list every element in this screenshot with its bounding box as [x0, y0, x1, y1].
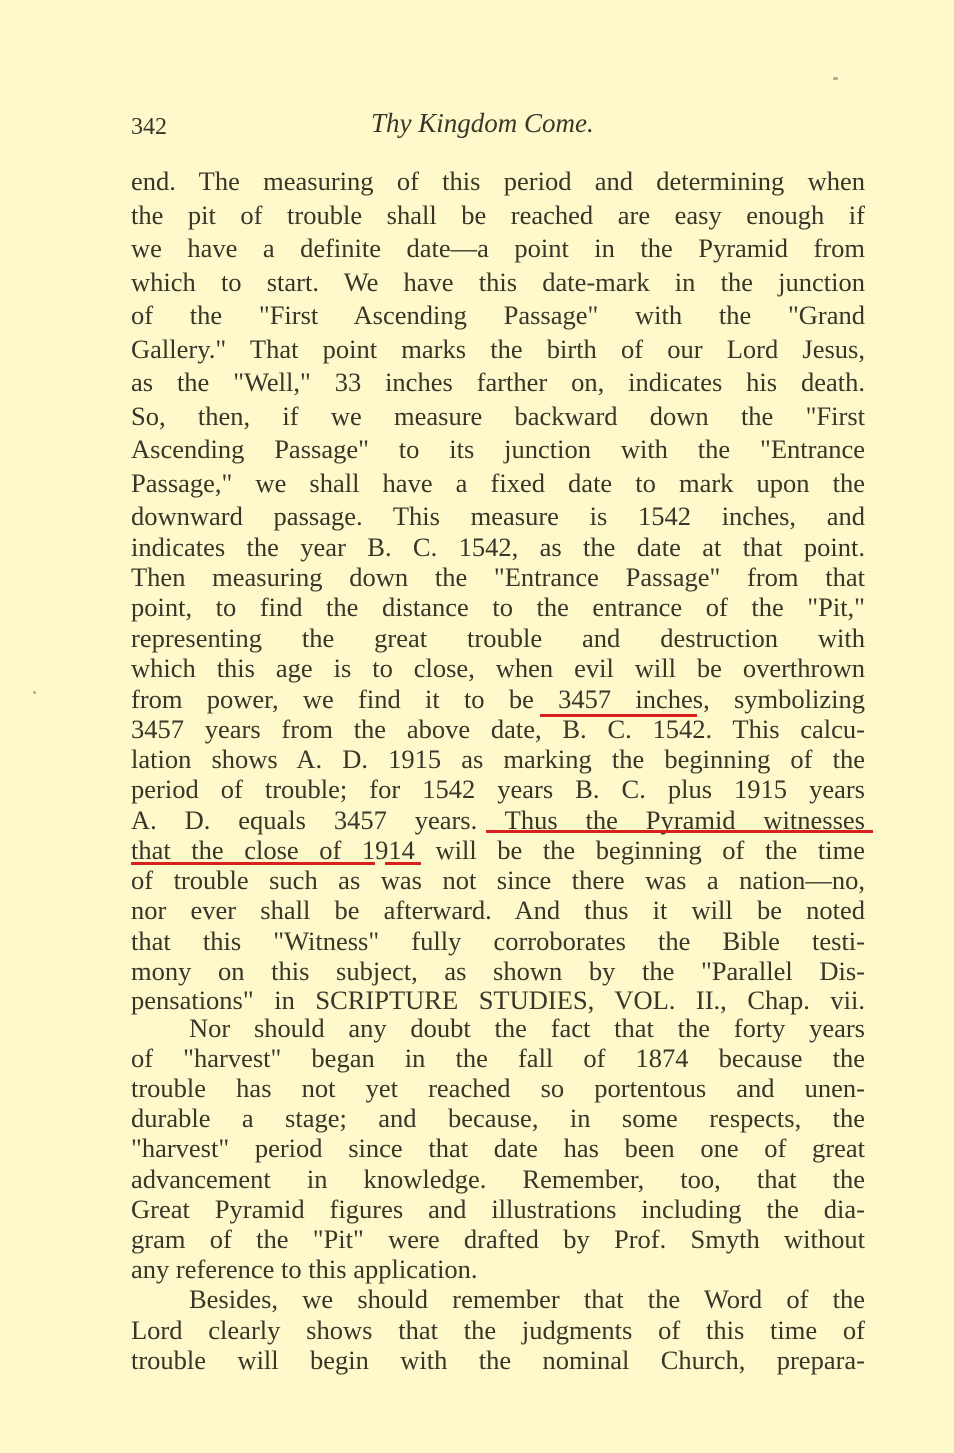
text-line: Nor should any doubt the fact that the f…	[131, 1013, 865, 1043]
text-line: trouble will begin with the nominal Chur…	[131, 1345, 865, 1375]
text-line: representing the great trouble and destr…	[131, 623, 865, 653]
page-speck	[833, 77, 838, 80]
text-line: Gallery." That point marks the birth of …	[131, 334, 865, 364]
text-line: of trouble such as was not since there w…	[131, 865, 865, 895]
text-line: point, to find the distance to the entra…	[131, 592, 865, 622]
text-line: 3457 years from the above date, B. C. 15…	[131, 714, 865, 744]
text-line: end. The measuring of this period and de…	[131, 166, 865, 196]
text-line: as the "Well," 33 inches farther on, ind…	[131, 367, 865, 397]
text-line: So, then, if we measure backward down th…	[131, 401, 865, 431]
text-line: downward passage. This measure is 1542 i…	[131, 501, 865, 531]
page-speck	[33, 691, 36, 694]
text-line: Ascending Passage" to its junction with …	[131, 434, 865, 464]
underline-annotation	[540, 714, 697, 717]
text-line: of the "First Ascending Passage" with th…	[131, 300, 865, 330]
text-line: lation shows A. D. 1915 as marking the b…	[131, 744, 865, 774]
text-line: Lord clearly shows that the judgments of…	[131, 1315, 865, 1345]
text-line: indicates the year B. C. 1542, as the da…	[131, 532, 865, 562]
running-title: Thy Kingdom Come.	[371, 108, 594, 139]
text-line: period of trouble; for 1542 years B. C. …	[131, 774, 865, 804]
underline-annotation	[131, 862, 375, 865]
text-line: advancement in knowledge. Remember, too,…	[131, 1164, 865, 1194]
page-number: 342	[131, 114, 167, 141]
text-line: "harvest" period since that date has bee…	[131, 1133, 865, 1163]
text-line: gram of the "Pit" were drafted by Prof. …	[131, 1224, 865, 1254]
text-line: that the close of 1914 will be the begin…	[131, 835, 865, 865]
underline-annotation	[486, 830, 873, 833]
text-line: pensations" in SCRIPTURE STUDIES, VOL. I…	[131, 985, 865, 1015]
book-page: 342 Thy Kingdom Come. end. The measuring…	[0, 0, 954, 1453]
text-line: from power, we find it to be 3457 inches…	[131, 684, 865, 714]
text-line: Passage," we shall have a fixed date to …	[131, 468, 865, 498]
text-line: Great Pyramid figures and illustrations …	[131, 1194, 865, 1224]
text-line: any reference to this application.	[131, 1254, 865, 1284]
text-line: which this age is to close, when evil wi…	[131, 653, 865, 683]
page-header: 342 Thy Kingdom Come.	[131, 108, 865, 148]
text-line: Then measuring down the "Entrance Passag…	[131, 562, 865, 592]
text-line: nor ever shall be afterward. And thus it…	[131, 895, 865, 925]
text-line: trouble has not yet reached so portentou…	[131, 1073, 865, 1103]
text-line: durable a stage; and because, in some re…	[131, 1103, 865, 1133]
text-line: Besides, we should remember that the Wor…	[131, 1284, 865, 1314]
text-line: mony on this subject, as shown by the "P…	[131, 956, 865, 986]
text-line: the pit of trouble shall be reached are …	[131, 200, 865, 230]
text-line: of "harvest" began in the fall of 1874 b…	[131, 1043, 865, 1073]
underline-annotation	[385, 862, 421, 865]
text-line: which to start. We have this date-mark i…	[131, 267, 865, 297]
text-line: we have a definite date—a point in the P…	[131, 233, 865, 263]
text-line: that this "Witness" fully corroborates t…	[131, 926, 865, 956]
